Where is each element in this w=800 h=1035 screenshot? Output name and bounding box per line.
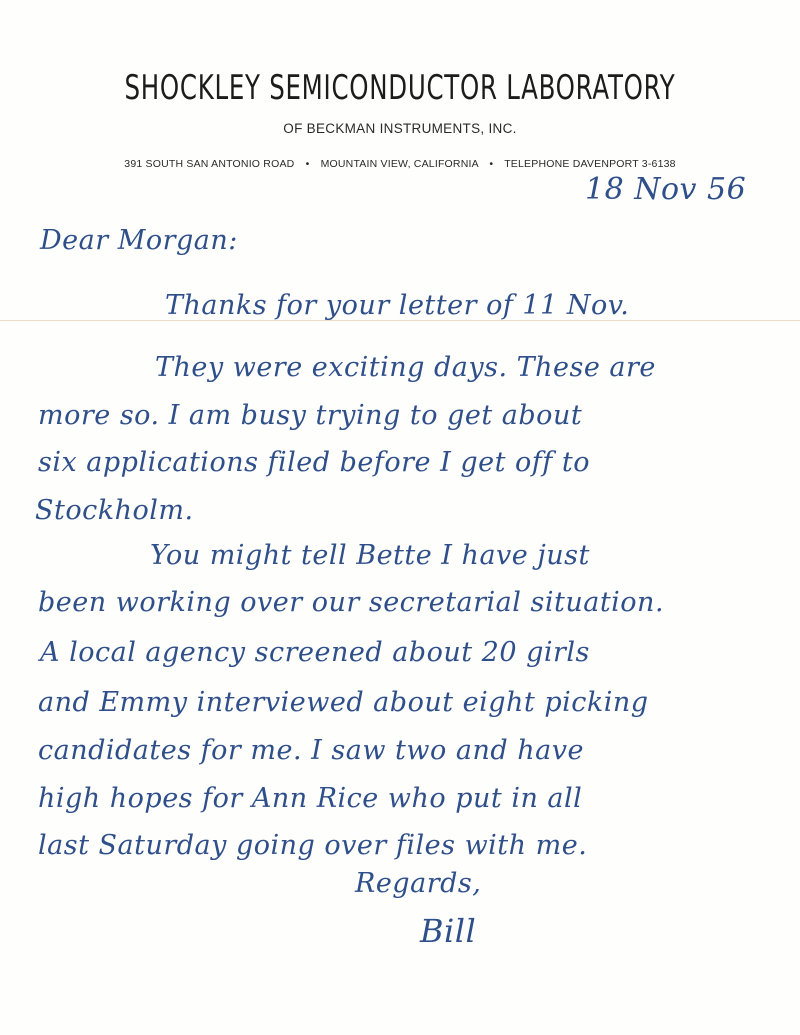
letter-line: high hopes for Ann Rice who put in all [38, 783, 582, 814]
letter-date: 18 Nov 56 [585, 172, 746, 207]
letter-line: been working over our secretarial situat… [38, 587, 664, 618]
salutation: Dear Morgan: [40, 225, 238, 256]
signature: Bill [420, 912, 476, 950]
letterhead-subtitle: OF BECKMAN INSTRUMENTS, INC. [0, 121, 800, 136]
letter-line: candidates for me. I saw two and have [38, 735, 584, 766]
address-city: MOUNTAIN VIEW, CALIFORNIA [321, 158, 479, 170]
letter-line: A local agency screened about 20 girls [40, 637, 590, 668]
letter-line: You might tell Bette I have just [150, 540, 590, 571]
letter-line: six applications filed before I get off … [38, 447, 590, 478]
separator-dot: • [489, 158, 493, 170]
letter-line: Stockholm. [35, 495, 194, 526]
letter-line: Thanks for your letter of 11 Nov. [165, 290, 629, 321]
separator-dot: • [306, 158, 310, 170]
letterhead-address: 391 SOUTH SAN ANTONIO ROAD • MOUNTAIN VI… [0, 158, 800, 170]
closing: Regards, [355, 868, 481, 899]
letter-line: last Saturday going over files with me. [38, 830, 587, 861]
letter-line: and Emmy interviewed about eight picking [38, 687, 649, 718]
letter-page: SHOCKLEY SEMICONDUCTOR LABORATORY OF BEC… [0, 0, 800, 1035]
letterhead-title: SHOCKLEY SEMICONDUCTOR LABORATORY [112, 68, 688, 108]
address-telephone: TELEPHONE DAVENPORT 3-6138 [504, 158, 676, 170]
letter-line: They were exciting days. These are [155, 352, 656, 383]
address-street: 391 SOUTH SAN ANTONIO ROAD [124, 158, 294, 170]
letter-line: more so. I am busy trying to get about [38, 400, 582, 431]
